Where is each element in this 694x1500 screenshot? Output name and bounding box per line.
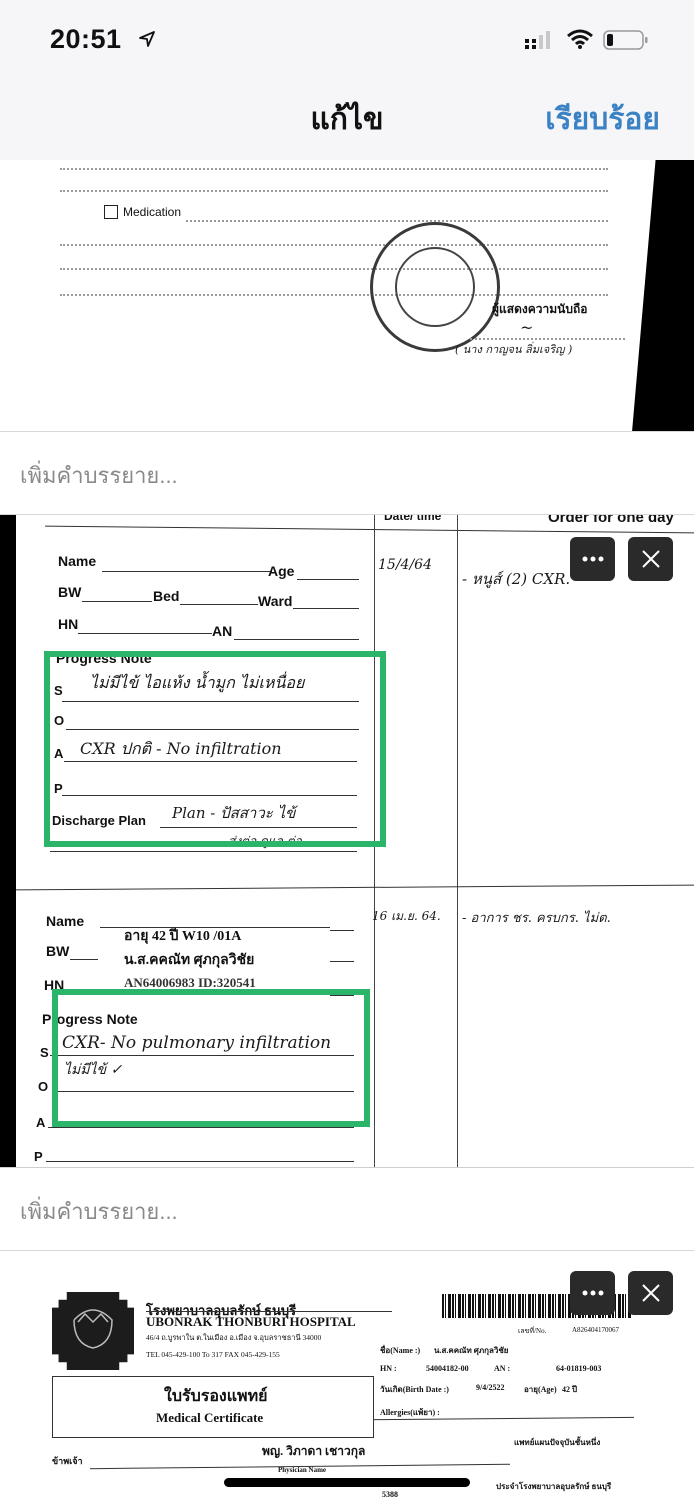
close-button[interactable] (628, 1271, 673, 1315)
signature-caption: ผู้แสดงความนับถือ (492, 300, 587, 319)
o-label: O (38, 1079, 48, 1094)
rule-line (45, 526, 694, 534)
field-line (102, 571, 272, 572)
rule-line (16, 885, 694, 891)
birth-value: 9/4/2522 (476, 1383, 504, 1392)
physician-type: แพทย์แผนปัจจุบันชั้นหนึ่ง (514, 1436, 600, 1449)
name-label: Name (58, 553, 96, 569)
a-label: A (36, 1115, 45, 1130)
birth-label: วันเกิด(Birth Date :) (380, 1383, 449, 1396)
signature-mark: ~ (520, 318, 533, 337)
license-no: 5388 (382, 1490, 398, 1499)
field-line (297, 579, 359, 580)
name-value: น.ส.คคณัท ศุภกุลวิชัย (434, 1344, 508, 1357)
hospital-affiliation: ประจำโรงพยาบาลอุบลรักษ์ ธนบุรี (496, 1480, 611, 1493)
bed-label: Bed (153, 588, 179, 604)
field-line (180, 604, 258, 605)
field-line (50, 851, 357, 852)
wifi-icon (566, 28, 594, 50)
scan-edge (632, 160, 694, 432)
dotted-line (60, 294, 608, 296)
dotted-line (186, 220, 608, 222)
more-options-button[interactable] (570, 1271, 615, 1315)
top-bar: 20:51 แก้ไข เรียบร้อย (0, 0, 694, 160)
scan-edge (0, 515, 16, 1168)
field-line (293, 608, 359, 609)
close-button[interactable] (628, 537, 673, 581)
close-icon (641, 549, 661, 569)
status-time: 20:51 (50, 24, 122, 55)
allergies-label: Allergies(แพ้ยา) : (380, 1406, 440, 1419)
lotus-icon (52, 1292, 134, 1370)
cert-title-en: Medical Certificate (156, 1410, 263, 1426)
note1-date: 15/4/64 (378, 557, 432, 573)
an-label: AN (212, 623, 232, 639)
doc-no-label: เลขที่/No. (518, 1326, 546, 1337)
age-value: 42 ปี (562, 1383, 577, 1396)
rule-line (146, 1311, 392, 1312)
note2-date: 16 เม.ย. 64. (372, 907, 441, 926)
field-line (78, 633, 212, 634)
field-line (82, 601, 152, 602)
dotted-line (60, 190, 608, 192)
doc-no-value: A826404170067 (572, 1326, 619, 1334)
hospital-contact: TEL 045-429-100 To 317 FAX 045-429-155 (146, 1350, 280, 1359)
date-time-header: Date/ time (384, 514, 441, 523)
hospital-name-en: UBONRAK THONBURI HOSPITAL (146, 1314, 356, 1330)
photo-1[interactable]: Medication ผู้แสดงความนับถือ ~ ( นาง กาญ… (0, 160, 694, 432)
caption-input-1[interactable]: เพิ่มคำบรรยาย... (20, 458, 178, 493)
bw-label: BW (58, 584, 81, 600)
p-label: P (34, 1149, 43, 1164)
hospital-logo (52, 1292, 134, 1370)
cellular-signal-icon (524, 30, 554, 50)
hospital-address: 46/4 ถ.บูรพาใน ต.ในเมือง อ.เมือง จ.อุบลร… (146, 1332, 321, 1344)
name-label: Name (46, 913, 84, 929)
dotted-line (60, 244, 608, 246)
field-line (48, 1127, 354, 1128)
i-label: ข้าพเจ้า (52, 1454, 83, 1468)
field-line (330, 961, 354, 962)
s-label: S (40, 1045, 49, 1060)
field-line (234, 639, 359, 640)
field-line (70, 959, 98, 960)
patient-name: น.ส.คคณัท ศุภกุลวิชัย (124, 949, 254, 971)
bw-label: BW (46, 943, 69, 959)
age-label: Age (268, 563, 294, 579)
signature-name: ( นาง กาญจน ลิ่มเจริญ ) (455, 340, 572, 358)
medication-checkbox (104, 205, 118, 219)
stamp-emblem (395, 247, 475, 327)
note2-order: - อาการ ชร. ครบกร. ไม่ต. (462, 907, 611, 928)
hn-label: HN (58, 616, 78, 632)
photo-2[interactable]: Date/ time Order for one day Name Age BW… (0, 514, 694, 1168)
age-label: อายุ(Age) (524, 1383, 557, 1396)
dotted-line (60, 268, 608, 270)
order-header: Order for one day (548, 514, 674, 526)
name-label: ชื่อ(Name :) (380, 1344, 420, 1357)
field-line (46, 1161, 354, 1162)
medication-label: Medication (123, 205, 181, 219)
done-button[interactable]: เรียบร้อย (545, 96, 660, 143)
physician-label: Physician Name (278, 1466, 326, 1474)
hospital-stamp (370, 222, 500, 352)
hn-label: HN : (380, 1364, 397, 1373)
dotted-line (60, 168, 608, 170)
ward-label: Ward (258, 593, 292, 609)
edit-photos-screen: 20:51 แก้ไข เรียบร้อย Medication (0, 0, 694, 1500)
close-icon (641, 1283, 661, 1303)
highlight-box (44, 651, 386, 847)
battery-low-icon (603, 29, 649, 51)
more-icon (582, 556, 604, 562)
highlight-box (52, 989, 370, 1127)
caption-input-2[interactable]: เพิ่มคำบรรยาย... (20, 1194, 178, 1229)
more-icon (582, 1290, 604, 1296)
physician-name: พญ. วิภาดา เชาวกุล (262, 1442, 365, 1461)
hn-value: 54004182-00 (426, 1364, 469, 1373)
field-line (330, 930, 354, 931)
home-indicator[interactable] (224, 1478, 470, 1487)
column-divider (457, 515, 458, 1168)
an-value: 64-01819-003 (556, 1364, 601, 1373)
an-label: AN : (494, 1364, 510, 1373)
patient-age-ward: อายุ 42 ปี W10 /01A (124, 925, 241, 947)
note1-order: - หนูส์ (2) CXR. (462, 567, 570, 591)
location-arrow-icon (138, 30, 156, 48)
cert-title-th: ใบรับรองแพทย์ (164, 1384, 268, 1409)
more-options-button[interactable] (570, 537, 615, 581)
